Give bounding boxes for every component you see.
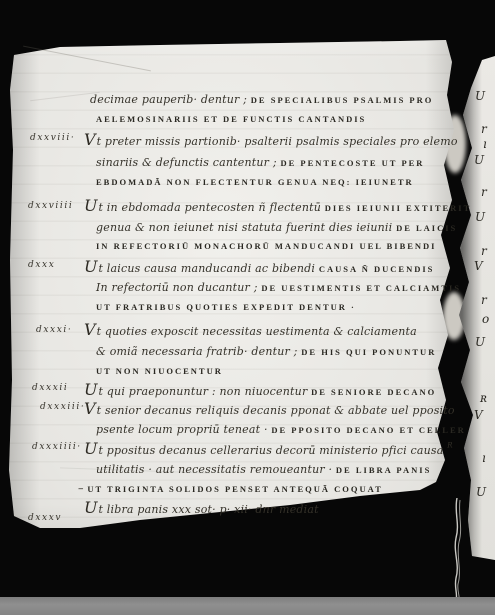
facing-page-letter: V [474, 260, 483, 272]
scan-bed-strip [0, 597, 495, 615]
facing-page-letter: U [475, 211, 485, 223]
facing-text-layer: UrıUrUrVroUʀVıU [0, 0, 495, 615]
facing-page-letter: r [481, 245, 487, 257]
facing-page-letter: r [481, 294, 487, 306]
facing-page-letter: ı [483, 138, 487, 150]
facing-page-letter: r [481, 123, 487, 135]
facing-page-letter: U [476, 486, 486, 498]
facing-page-letter: ı [482, 452, 486, 464]
facing-page-letter: U [474, 154, 484, 166]
facing-page-letter: U [475, 336, 485, 348]
facing-page-letter: r [481, 186, 487, 198]
facing-page-letter: U [475, 90, 485, 102]
facing-page-letter: V [474, 409, 483, 421]
photo-backdrop: decimae pauperib· dentur ; DE SPECIALIBU… [0, 0, 495, 615]
facing-page-letter: o [482, 313, 489, 325]
facing-page-letter: ʀ [480, 392, 487, 404]
